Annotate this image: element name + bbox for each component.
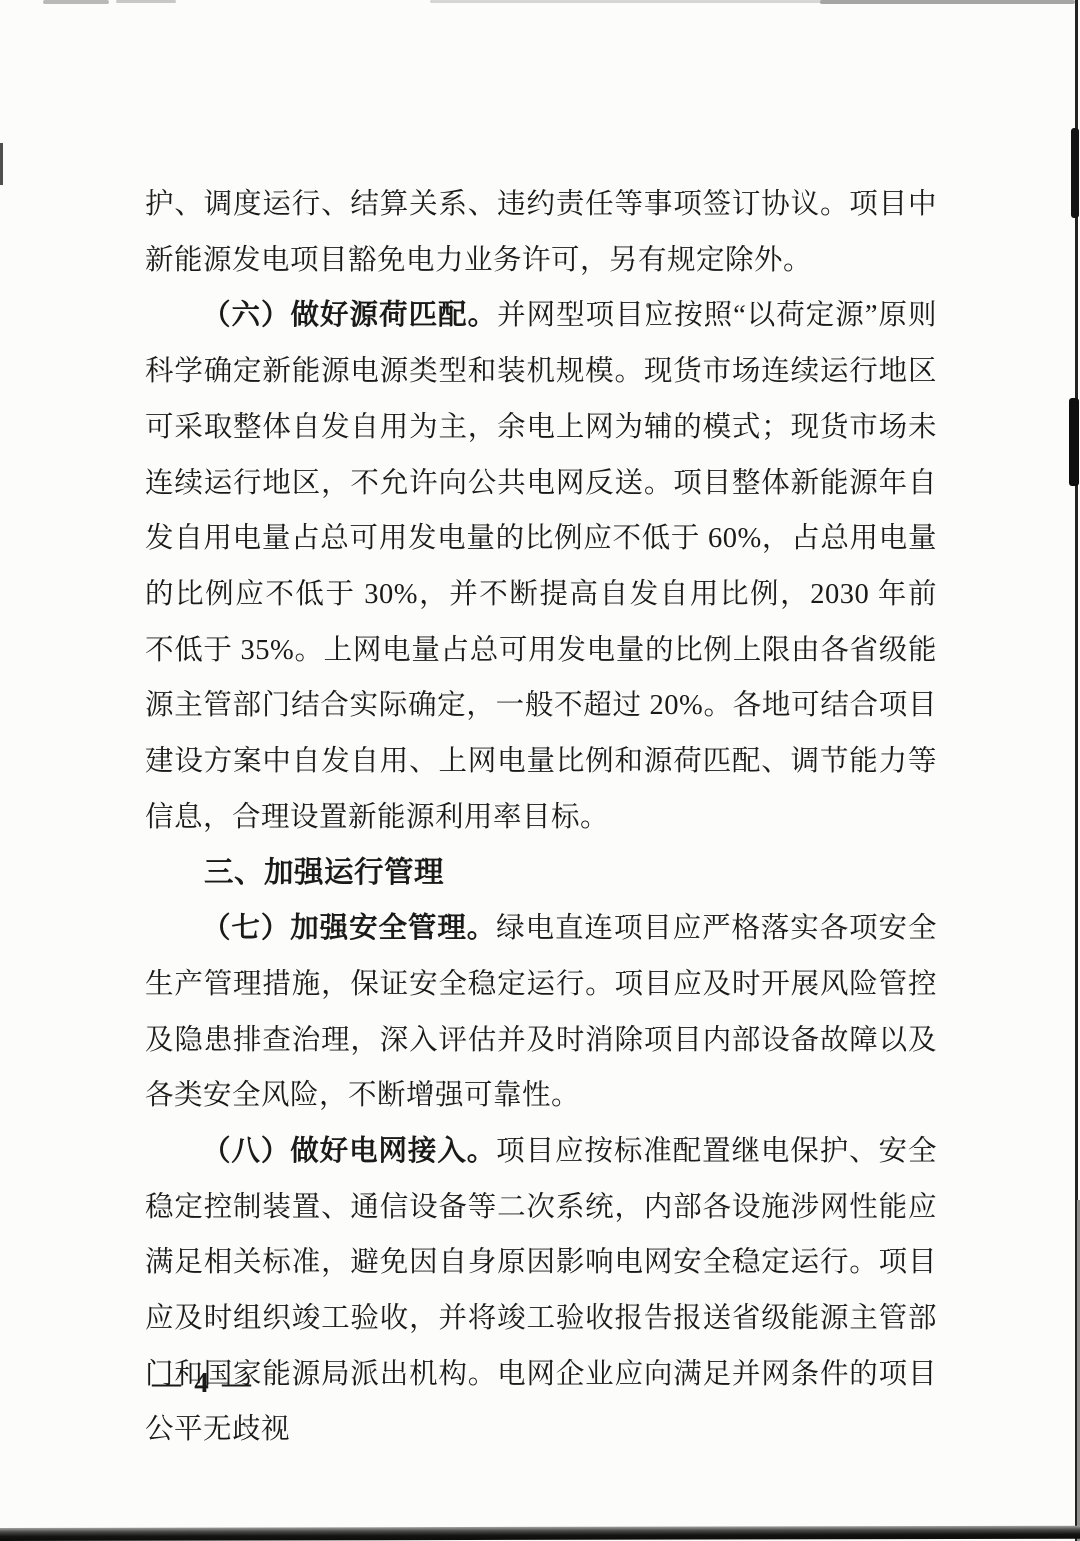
paragraph-item-8-lead: （八）做好电网接入。 <box>202 1135 496 1167</box>
document-text: 护、调度运行、结算关系、违约责任等事项签订协议。项目中新能源发电项目豁免电力业务… <box>145 177 937 1458</box>
paragraph-item-7: （七）加强安全管理。绿电直连项目应严格落实各项安全生产管理措施，保证安全稳定运行… <box>145 901 937 1124</box>
scan-edge-blob-upper <box>1071 128 1079 218</box>
paragraph-item-7-lead: （七）加强安全管理。 <box>202 912 496 944</box>
section-heading-3: 三、加强运行管理 <box>145 845 937 901</box>
scan-bottom-bar <box>0 1526 1080 1541</box>
paragraph-continuation-text: 护、调度运行、结算关系、违约责任等事项签订协议。项目中新能源发电项目豁免电力业务… <box>145 189 937 276</box>
scan-smudge-top-2 <box>116 0 176 3</box>
paragraph-continuation: 护、调度运行、结算关系、违约责任等事项签订协议。项目中新能源发电项目豁免电力业务… <box>145 177 937 288</box>
paragraph-item-6-text: 并网型项目应按照“以荷定源”原则科学确定新能源电源类型和装机规模。现货市场连续运… <box>145 300 937 832</box>
scan-smudge-top-3 <box>430 0 822 3</box>
paragraph-item-8: （八）做好电网接入。项目应按标准配置继电保护、安全稳定控制装置、通信设备等二次系… <box>145 1124 937 1458</box>
scanned-document-page: 护、调度运行、结算关系、违约责任等事项签订协议。项目中新能源发电项目豁免电力业务… <box>0 0 1080 1541</box>
scan-mark-left-edge <box>0 143 3 185</box>
scan-smudge-top-1 <box>43 0 109 4</box>
scan-smudge-top-4 <box>820 0 1075 4</box>
paragraph-item-8-text: 项目应按标准配置继电保护、安全稳定控制装置、通信设备等二次系统，内部各设施涉网性… <box>145 1136 937 1446</box>
paragraph-item-6-lead: （六）做好源荷匹配。 <box>202 299 497 331</box>
paragraph-item-6: （六）做好源荷匹配。并网型项目应按照“以荷定源”原则科学确定新能源电源类型和装机… <box>145 288 937 845</box>
page-number: — 4 — <box>152 1363 254 1403</box>
scan-edge-blob-middle <box>1069 398 1079 486</box>
